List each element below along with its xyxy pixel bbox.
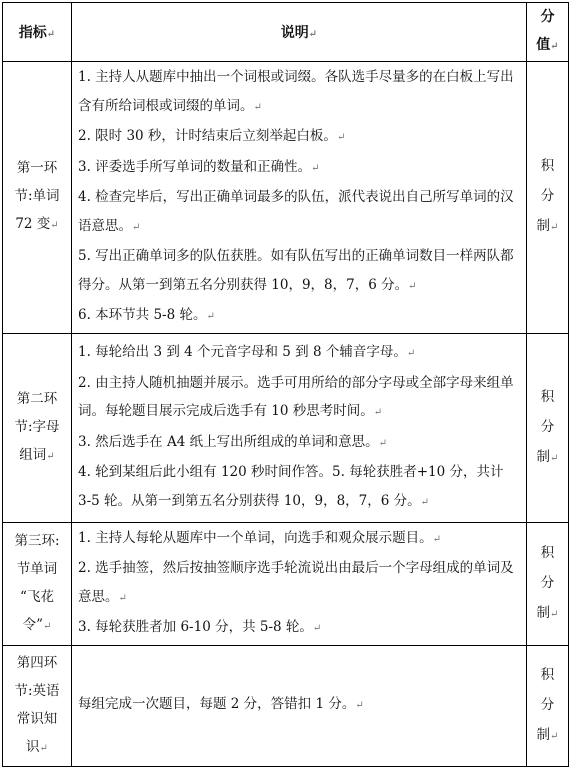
rule-item: 2. 由主持人随机抽题并展示。选手可用所给的部分字母或全部字母来组单词。每轮题目… <box>78 369 520 428</box>
score-cell: 积 分 制↵ <box>527 522 569 645</box>
description-cell: 1. 主持人每轮从题库中一个单词，向选手和观众展示题目。↵ 2. 选手抽签，然后… <box>72 522 527 645</box>
rule-item: 3. 评委选手所写单词的数量和正确性。↵ <box>78 153 520 184</box>
paragraph-mark-icon: ↵ <box>47 29 55 40</box>
indicator-cell: 第二环 节:字母 组词↵ <box>3 333 72 522</box>
score-cell: 积 分 制↵ <box>527 62 569 334</box>
rule-item: 4. 检查完毕后，写出正确单词最多的队伍，派代表说出自己所写单词的汉语意思。↵ <box>78 183 520 242</box>
table-row: 第三环: 节单词 “飞花 令”↵ 1. 主持人每轮从题库中一个单词，向选手和观众… <box>3 522 569 645</box>
indicator-cell: 第四环 节:英语 常识知 识↵ <box>3 645 72 758</box>
score-cell: 积 分 制↵ <box>527 333 569 522</box>
rule-item: 每组完成一次题目，每题 2 分，答错扣 1 分。↵ <box>78 690 520 721</box>
rule-item: 2. 选手抽签，然后按抽签顺序选手轮流说出由最后一个字母组成的单词及意思。↵ <box>78 554 520 613</box>
indicator-cell: 第三环: 节单词 “飞花 令”↵ <box>3 522 72 645</box>
rule-item: 1. 主持人每轮从题库中一个单词，向选手和观众展示题目。↵ <box>78 524 520 555</box>
table-row: 第一环 节:单词 72 变↵ 1. 主持人从题库中抽出一个词根或词缀。各队选手尽… <box>3 62 569 334</box>
header-description: 说明↵ <box>72 3 527 62</box>
rule-item: 1. 主持人从题库中抽出一个词根或词缀。各队选手尽量多的在白板上写出含有所给词根… <box>78 63 520 122</box>
paragraph-mark-icon: ↵ <box>550 41 558 52</box>
score-cell: 积 分 制↵ <box>527 645 569 758</box>
competition-rules-table: 指标↵ 说明↵ 分值↵ 第一环 节:单词 72 变↵ 1. 主持人从题库中抽出一… <box>2 2 569 758</box>
rule-item: 3. 每轮获胜者加 6-10 分，共 5-8 轮。↵ <box>78 613 520 644</box>
description-cell: 每组完成一次题目，每题 2 分，答错扣 1 分。↵ <box>72 645 527 758</box>
table-row: 第四环 节:英语 常识知 识↵ 每组完成一次题目，每题 2 分，答错扣 1 分。… <box>3 645 569 758</box>
indicator-cell: 第一环 节:单词 72 变↵ <box>3 62 72 334</box>
rule-item: 1. 每轮给出 3 到 4 个元音字母和 5 到 8 个辅音字母。↵ <box>78 338 520 369</box>
rule-item: 2. 限时 30 秒，计时结束后立刻举起白板。↵ <box>78 122 520 153</box>
description-cell: 1. 主持人从题库中抽出一个词根或词缀。各队选手尽量多的在白板上写出含有所给词根… <box>72 62 527 334</box>
rule-item: 6. 本环节共 5-8 轮。↵ <box>78 301 520 332</box>
description-cell: 1. 每轮给出 3 到 4 个元音字母和 5 到 8 个辅音字母。↵ 2. 由主… <box>72 333 527 522</box>
rule-item: 4. 轮到某组后此小组有 120 秒时间作答。5. 每轮获胜者+10 分，共计 … <box>78 458 520 517</box>
paragraph-mark-icon: ↵ <box>309 29 317 40</box>
header-score: 分值↵ <box>527 3 569 62</box>
header-row: 指标↵ 说明↵ 分值↵ <box>3 3 569 62</box>
header-indicator: 指标↵ <box>3 3 72 62</box>
rule-item: 3. 然后选手在 A4 纸上写出所组成的单词和意思。↵ <box>78 428 520 459</box>
rule-item: 5. 写出正确单词多的队伍获胜。如有队伍写出的正确单词数目一样两队都得分。从第一… <box>78 242 520 301</box>
table-row: 第二环 节:字母 组词↵ 1. 每轮给出 3 到 4 个元音字母和 5 到 8 … <box>3 333 569 522</box>
